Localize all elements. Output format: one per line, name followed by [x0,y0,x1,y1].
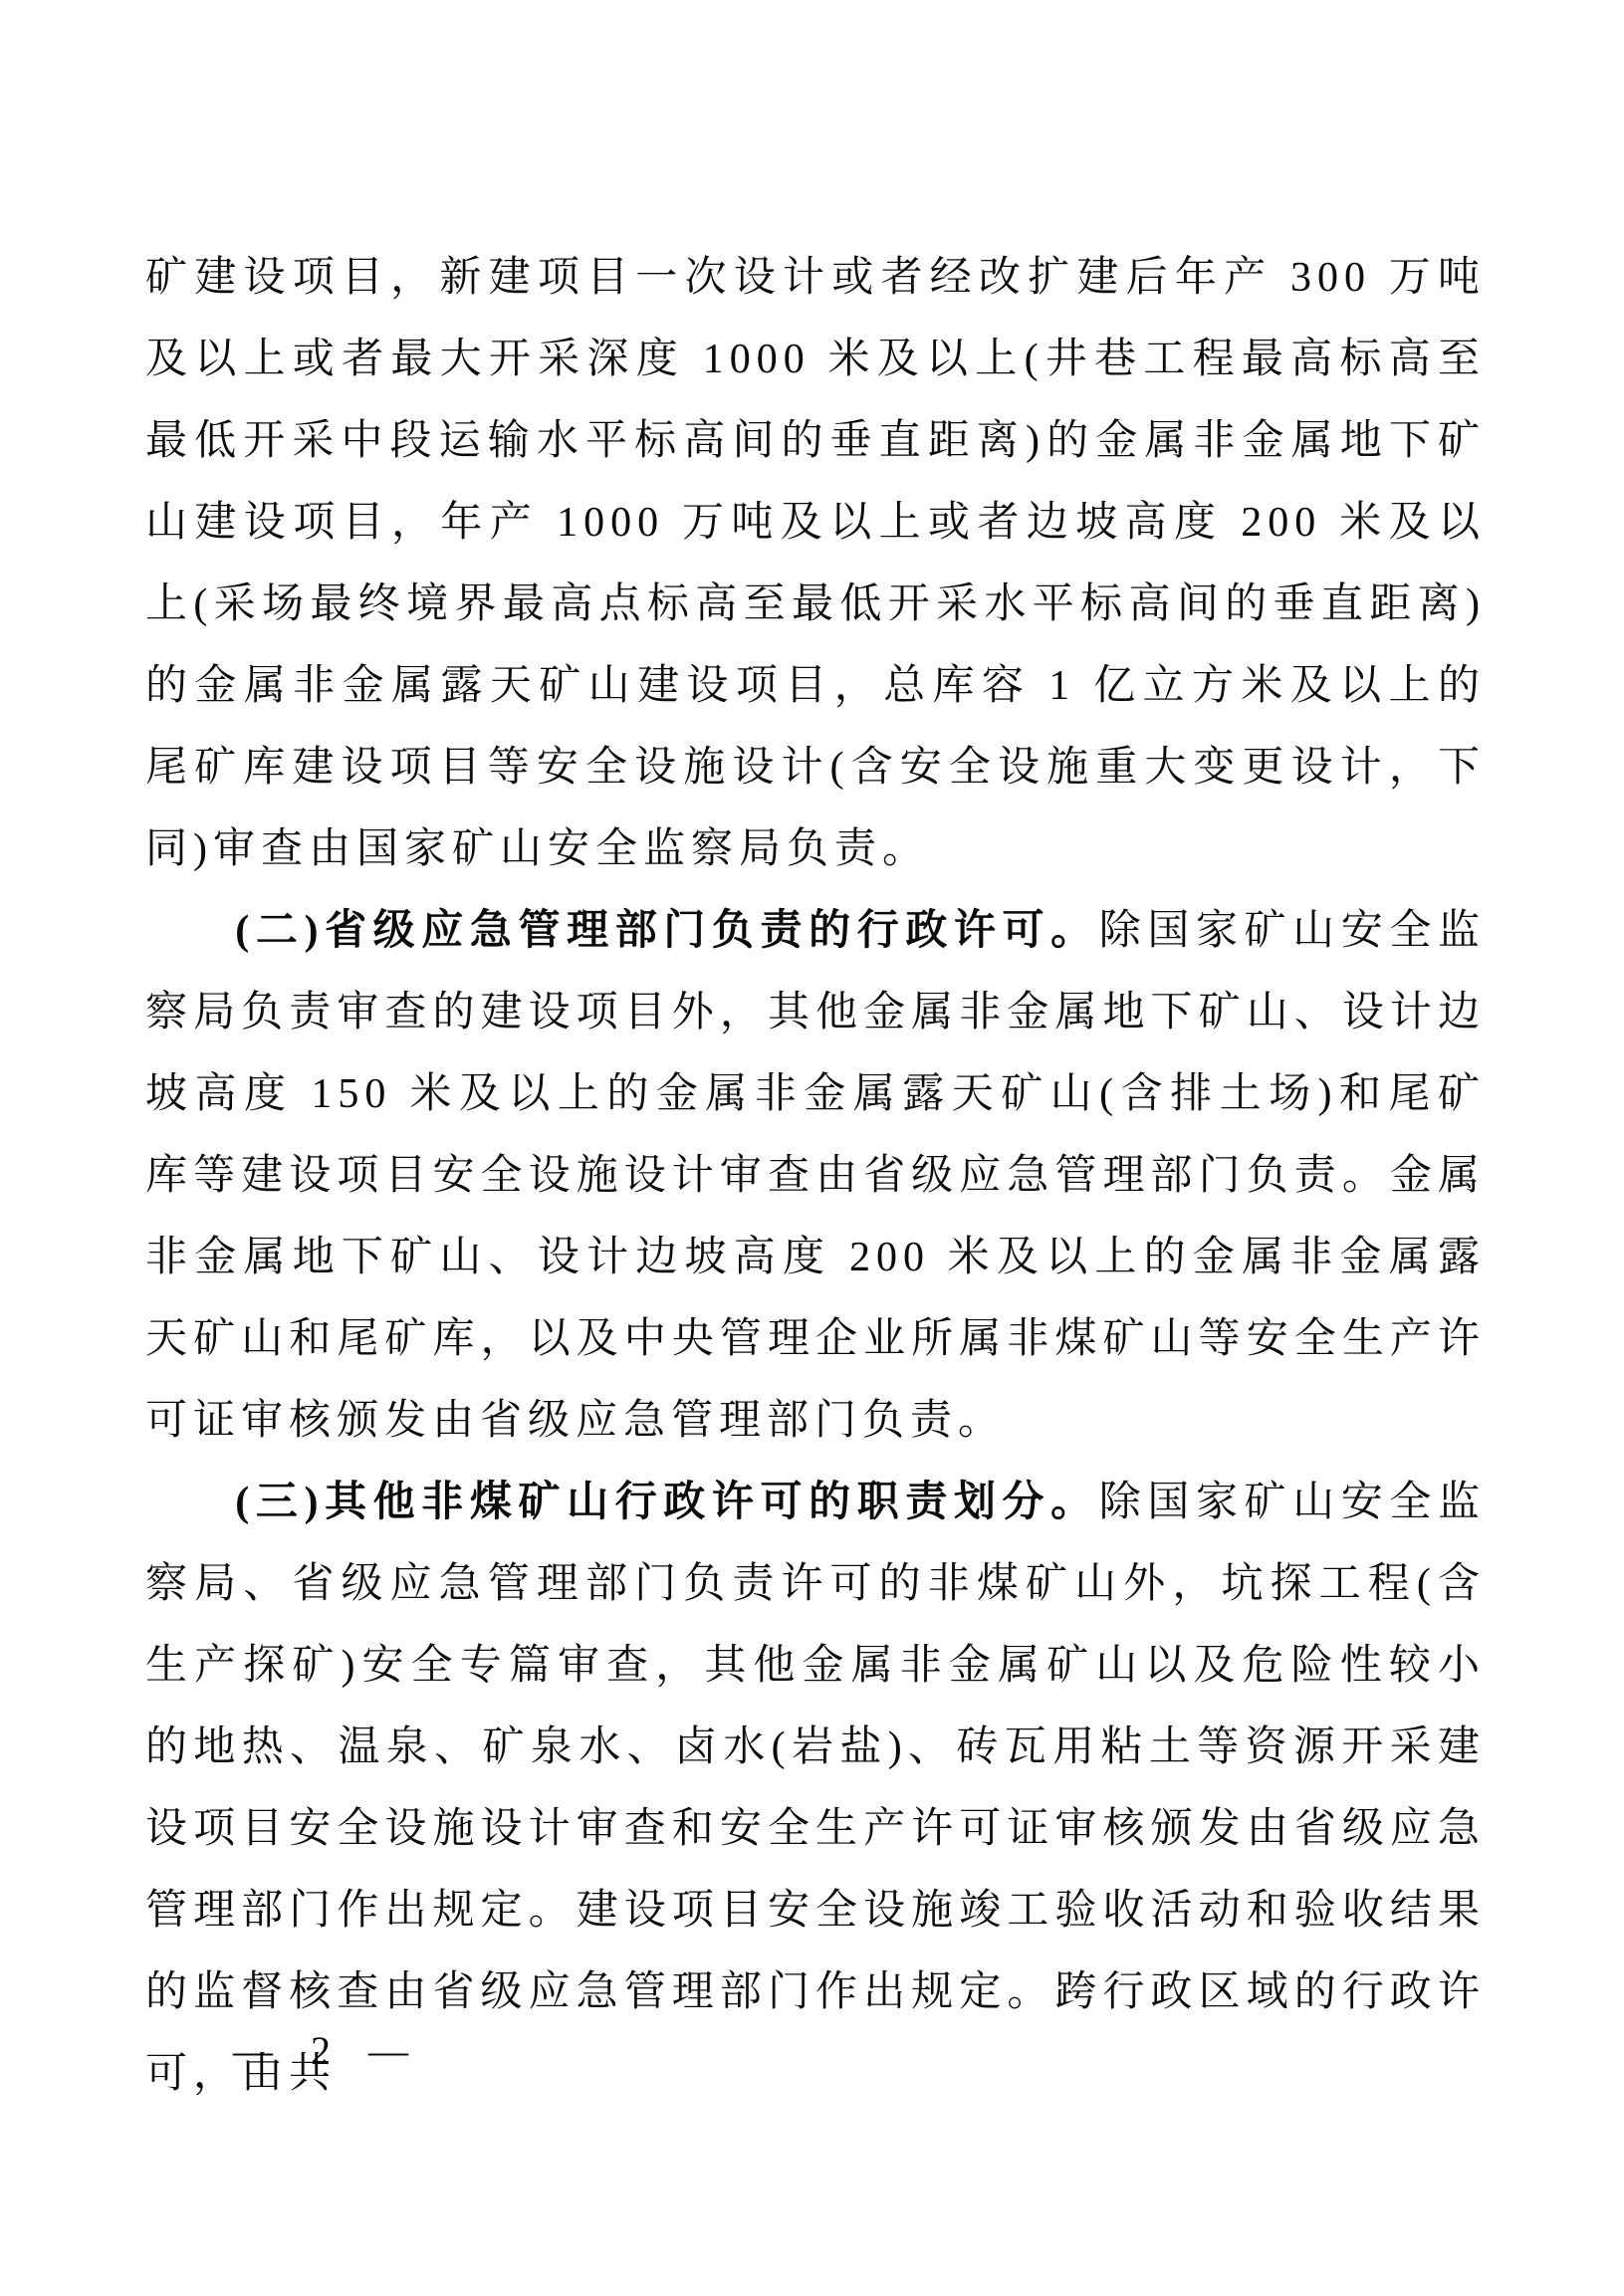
paragraph-text: 除国家矿山安全监察局负责审查的建设项目外，其他金属非金属地下矿山、设计边坡高度 … [145,908,1486,1444]
paragraph-text: 除国家矿山安全监察局、省级应急管理部门负责许可的非煤矿山外，坑探工程(含生产探矿… [145,1480,1486,2097]
paragraph-text: 矿建设项目，新建项目一次设计或者经改扩建后年产 300 万吨及以上或者最大开采深… [145,255,1486,872]
paragraph-item-3: (三)其他非煤矿山行政许可的职责划分。除国家矿山安全监察局、省级应急管理部门负责… [145,1462,1486,2115]
paragraph-item-2: (二)省级应急管理部门负责的行政许可。除国家矿山安全监察局负责审查的建设项目外，… [145,890,1486,1462]
paragraph-heading: (三)其他非煤矿山行政许可的职责划分。 [235,1480,1098,1525]
document-page: 矿建设项目，新建项目一次设计或者经改扩建后年产 300 万吨及以上或者最大开采深… [0,0,1624,2296]
document-body: 矿建设项目，新建项目一次设计或者经改扩建后年产 300 万吨及以上或者最大开采深… [145,237,1486,2115]
page-number-footer: — 2 — [233,2027,422,2074]
page-number: — 2 — [233,2028,422,2073]
paragraph-continuation: 矿建设项目，新建项目一次设计或者经改扩建后年产 300 万吨及以上或者最大开采深… [145,237,1486,890]
paragraph-heading: (二)省级应急管理部门负责的行政许可。 [235,908,1098,954]
